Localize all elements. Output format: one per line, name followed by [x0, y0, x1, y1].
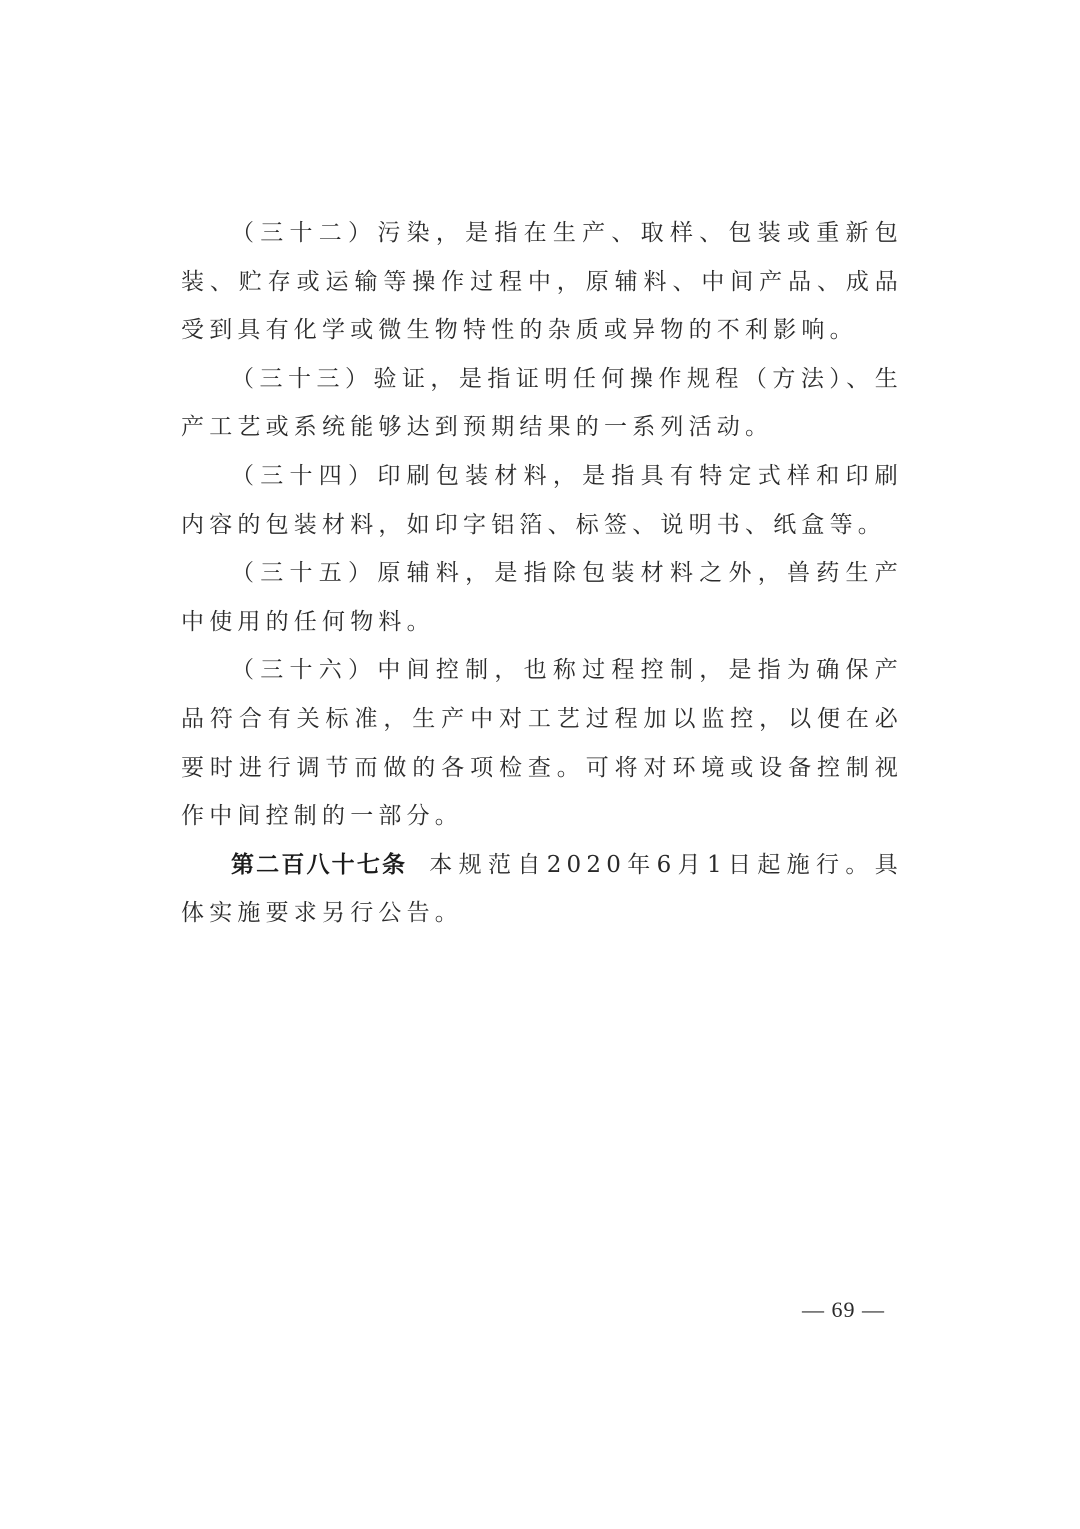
definition-paragraph-32: （三十二）污染，是指在生产、取样、包装或重新包装、贮存或运输等操作过程中，原辅料…: [181, 209, 903, 355]
article-287: 第二百八十七条本规范自2020年6月1日起施行。具体实施要求另行公告。: [181, 841, 903, 938]
definition-paragraph-35: （三十五）原辅料，是指除包装材料之外，兽药生产中使用的任何物料。: [181, 549, 903, 646]
article-heading: 第二百八十七条: [231, 852, 407, 878]
definition-paragraph-34: （三十四）印刷包装材料，是指具有特定式样和印刷内容的包装材料，如印字铝箔、标签、…: [181, 452, 903, 549]
definition-paragraph-33: （三十三）验证，是指证明任何操作规程（方法）、生产工艺或系统能够达到预期结果的一…: [181, 355, 903, 452]
definition-paragraph-36: （三十六）中间控制，也称过程控制，是指为确保产品符合有关标准，生产中对工艺过程加…: [181, 646, 903, 840]
page-number: — 69 —: [802, 1297, 885, 1323]
document-body: （三十二）污染，是指在生产、取样、包装或重新包装、贮存或运输等操作过程中，原辅料…: [181, 209, 903, 938]
